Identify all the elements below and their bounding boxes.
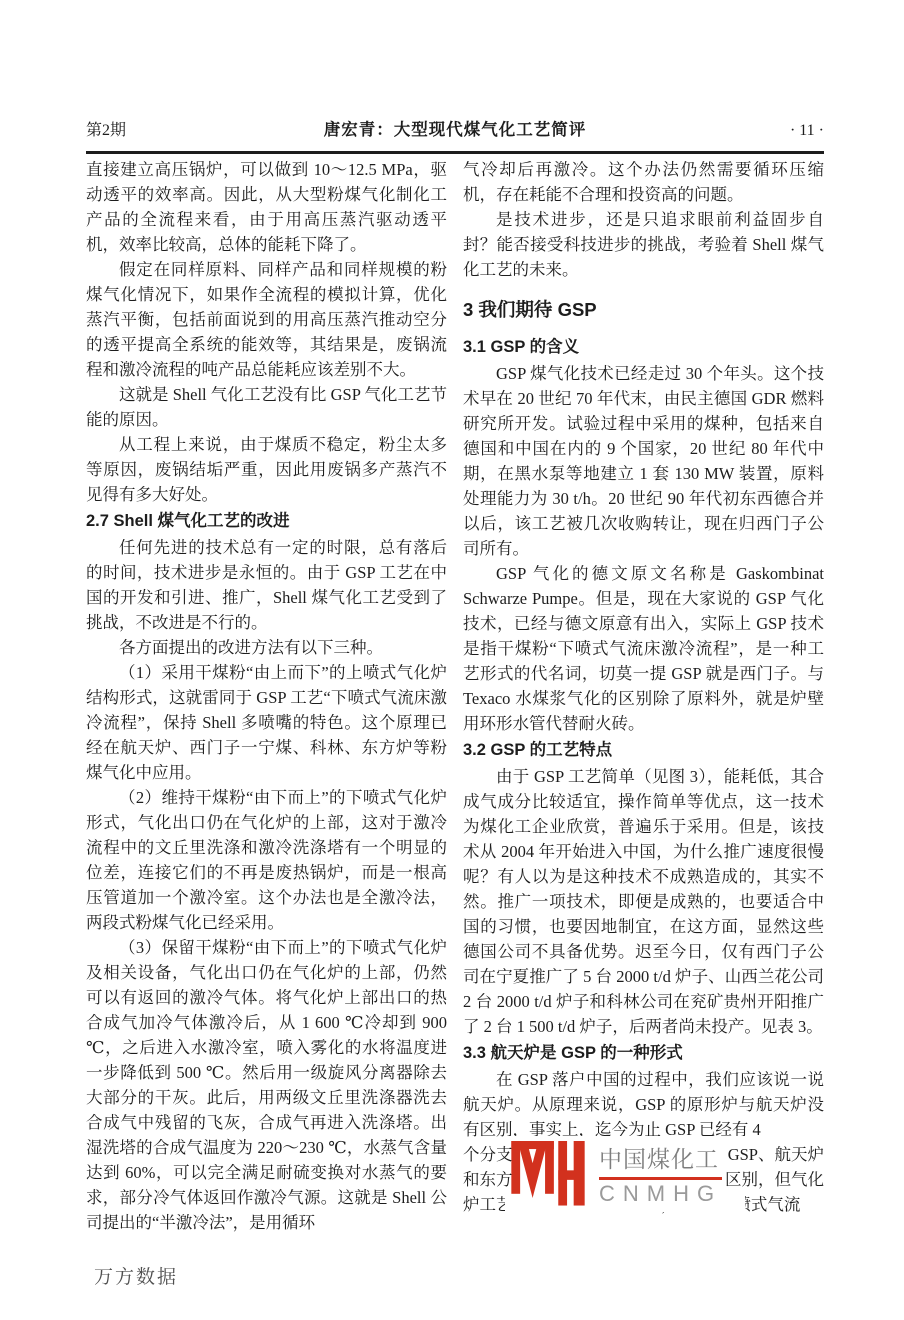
subsection-heading: 3.2 GSP 的工艺特点 bbox=[463, 738, 824, 763]
paragraph: （2）维持干煤粉“由下而上”的下喷式气化炉形式，气化出口仍在气化炉的上部，这对于… bbox=[86, 785, 447, 935]
subsection-heading: 3.1 GSP 的含义 bbox=[463, 335, 824, 360]
subsection-heading: 3.3 航天炉是 GSP 的一种形式 bbox=[463, 1041, 824, 1066]
paragraph: GSP 气化的德文原文名称是 Gaskombinat Schwarze Pump… bbox=[463, 561, 824, 736]
occluded-text-line: 和东方区别，但气化 bbox=[463, 1167, 824, 1192]
line-left-fragment: 个分支 bbox=[463, 1142, 513, 1167]
occluded-text-line: 个分支GSP、航天炉 bbox=[463, 1142, 824, 1167]
paragraph: 由于 GSP 工艺简单（见图 3），能耗低，其合成气成分比较适宜，操作简单等优点… bbox=[463, 764, 824, 1039]
paragraph: 从工程上来说，由于煤质不稳定，粉尘太多等原因，废锅结垢严重，因此用废锅多产蒸汽不… bbox=[86, 432, 447, 507]
left-column: 直接建立高压锅炉，可以做到 10～12.5 MPa，驱动透平的效率高。因此，从大… bbox=[86, 157, 447, 1235]
wanfang-data-brand: 万方数据 bbox=[94, 1262, 178, 1289]
issue-label: 第2期 bbox=[86, 117, 206, 140]
line-right-fragment: 区别，但气化 bbox=[725, 1167, 824, 1192]
line-left-fragment: 和东方 bbox=[463, 1167, 513, 1192]
line-right-fragment: GSP、航天炉 bbox=[728, 1142, 824, 1167]
paragraph: 在 GSP 落户中国的过程中，我们应该说一说航天炉。从原理来说，GSP 的原形炉… bbox=[463, 1067, 824, 1142]
paragraph: 假定在同样原料、同样产品和同样规模的粉煤气化情况下，如果作全流程的模拟计算，优化… bbox=[86, 257, 447, 382]
running-header: 第2期 唐宏青：大型现代煤气化工艺简评 · 11 · bbox=[86, 116, 824, 154]
paragraph: 任何先进的技术总有一定的时限，总有落后的时间，技术进步是永恒的。由于 GSP 工… bbox=[86, 535, 447, 635]
subsection-heading: 2.7 Shell 煤气化工艺的改进 bbox=[86, 509, 447, 534]
article-body: 直接建立高压锅炉，可以做到 10～12.5 MPa，驱动透平的效率高。因此，从大… bbox=[86, 157, 824, 1235]
section-heading: 3 我们期待 GSP bbox=[463, 297, 824, 322]
paragraph: （3）保留干煤粉“由下而上”的下喷式气化炉及相关设备，气化出口仍在气化炉的上部，… bbox=[86, 935, 447, 1235]
paragraph: 各方面提出的改进方法有以下三种。 bbox=[86, 635, 447, 660]
paragraph: （1）采用干煤粉“由上而下”的上喷式气化炉结构形式，这就雷同于 GSP 工艺“下… bbox=[86, 660, 447, 785]
journal-page: 第2期 唐宏青：大型现代煤气化工艺简评 · 11 · 直接建立高压锅炉，可以做到… bbox=[0, 0, 904, 1320]
paragraph: 直接建立高压锅炉，可以做到 10～12.5 MPa，驱动透平的效率高。因此，从大… bbox=[86, 157, 447, 257]
page-number: · 11 · bbox=[704, 122, 824, 140]
paragraph: GSP 煤气化技术已经走过 30 个年头。这个技术早在 20 世纪 70 年代末… bbox=[463, 361, 824, 561]
paragraph: 气冷却后再激冷。这个办法仍然需要循环压缩机，存在耗能不合理和投资高的问题。 bbox=[463, 157, 824, 207]
paragraph: 这就是 Shell 气化工艺没有比 GSP 气化工艺节能的原因。 bbox=[86, 382, 447, 432]
paragraph: 是技术进步，还是只追求眼前利益固步自封？能否接受科技进步的挑战，考验着 Shel… bbox=[463, 207, 824, 282]
right-column: 气冷却后再激冷。这个办法仍然需要循环压缩机，存在耗能不合理和投资高的问题。是技术… bbox=[463, 157, 824, 1235]
article-running-title: 唐宏青：大型现代煤气化工艺简评 bbox=[206, 116, 704, 140]
